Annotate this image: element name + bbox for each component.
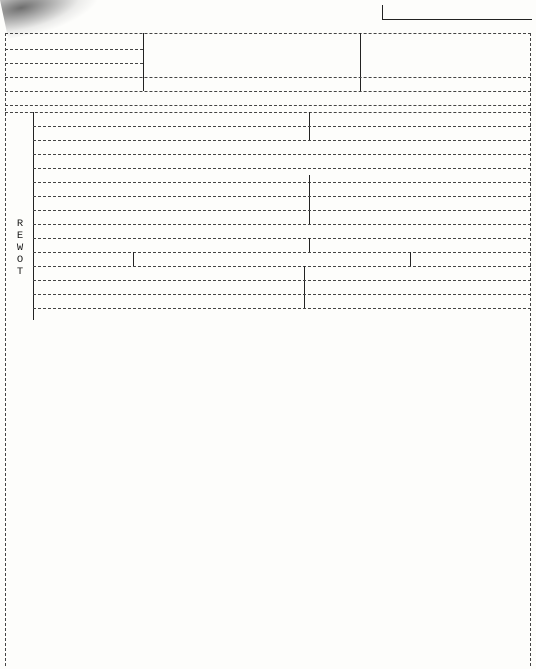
sheet-number [382,5,532,20]
tower-section-label: REWOT [14,218,26,278]
form-frame [5,33,531,666]
